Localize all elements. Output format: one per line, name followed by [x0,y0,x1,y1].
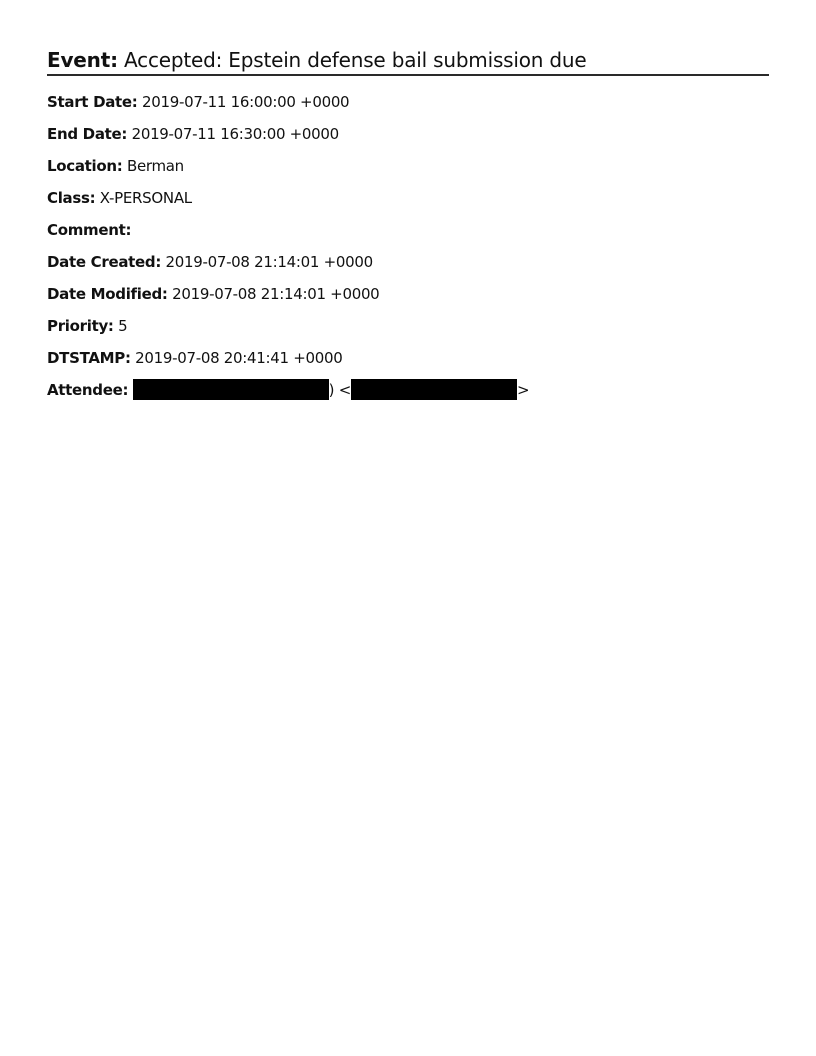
field-value: 2019-07-11 16:30:00 +0000 [132,125,339,143]
field-comment: Comment: [47,214,769,246]
field-value: 2019-07-08 21:14:01 +0000 [172,285,379,303]
field-location: Location: Berman [47,150,769,182]
field-start-date: Start Date: 2019-07-11 16:00:00 +0000 [47,86,769,118]
field-end-date: End Date: 2019-07-11 16:30:00 +0000 [47,118,769,150]
field-label: Priority: [47,317,114,335]
field-value: 2019-07-11 16:00:00 +0000 [142,93,349,111]
event-fields: Start Date: 2019-07-11 16:00:00 +0000 En… [47,86,769,406]
field-label: Date Modified: [47,285,168,303]
field-dtstamp: DTSTAMP: 2019-07-08 20:41:41 +0000 [47,342,769,374]
field-priority: Priority: 5 [47,310,769,342]
field-attendee: Attendee: ) <> [47,374,769,406]
field-value: 2019-07-08 21:14:01 +0000 [166,253,373,271]
field-value: 2019-07-08 20:41:41 +0000 [135,349,342,367]
field-value: X-PERSONAL [100,189,192,207]
event-document: Event: Accepted: Epstein defense bail su… [47,46,769,406]
field-value: 5 [118,317,127,335]
attendee-email-open: < [339,381,351,399]
field-label: DTSTAMP: [47,349,131,367]
field-label: Start Date: [47,93,138,111]
event-label: Event: [47,48,118,72]
field-date-modified: Date Modified: 2019-07-08 21:14:01 +0000 [47,278,769,310]
field-value: Berman [127,157,184,175]
event-title: Event: Accepted: Epstein defense bail su… [47,46,769,76]
redacted-attendee-name [133,379,329,400]
field-label: Date Created: [47,253,161,271]
redacted-attendee-email [351,379,517,400]
field-label: Comment: [47,221,131,239]
field-date-created: Date Created: 2019-07-08 21:14:01 +0000 [47,246,769,278]
event-title-value: Accepted: Epstein defense bail submissio… [124,48,586,72]
field-class: Class: X-PERSONAL [47,182,769,214]
attendee-close-paren: ) [329,381,335,399]
attendee-email-close: > [517,381,529,399]
field-label: Attendee: [47,381,128,399]
field-label: Location: [47,157,122,175]
field-label: Class: [47,189,95,207]
field-label: End Date: [47,125,127,143]
